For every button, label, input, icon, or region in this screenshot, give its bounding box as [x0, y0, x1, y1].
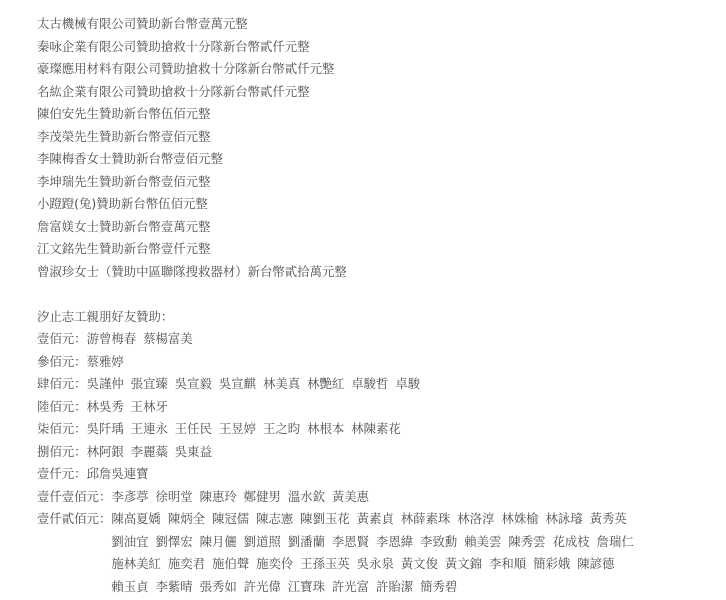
donor-name-line: 林阿銀 李麗蘂 吳東益 — [87, 441, 212, 464]
amount-label: 參佰元： — [37, 351, 87, 374]
sponsor-line: 陳伯安先生贊助新台幣伍佰元整 — [37, 103, 708, 126]
donor-name-line: 邱詹吳連寶 — [87, 463, 149, 486]
donor-name-line: 陳高夏嬌 陳炳全 陳冠儒 陳志憲 陳劉玉花 黃素貞 林薛素珠 林洛淳 林姝榆 林… — [111, 508, 633, 531]
donor-names: 吳阡瑀 王連永 王任民 王昱婷 王之昀 林根本 林陳素花 — [87, 418, 401, 441]
sponsor-line: 小蹬蹬(兔)贊助新台幣伍佰元整 — [37, 193, 708, 216]
donation-entry: 參佰元：蔡雅婷 — [37, 351, 708, 374]
donor-names: 游曾梅春 蔡楊富美 — [87, 328, 193, 351]
donor-names: 吳謹仲 張宜臻 吳宣毅 吳宣麒 林美真 林艷紅 卓駿哲 卓駿 — [87, 373, 421, 396]
amount-label: 壹佰元： — [37, 328, 87, 351]
donor-name-line: 游曾梅春 蔡楊富美 — [87, 328, 193, 351]
donor-names: 蔡雅婷 — [87, 351, 124, 374]
donation-entry: 柒佰元：吳阡瑀 王連永 王任民 王昱婷 王之昀 林根本 林陳素花 — [37, 418, 708, 441]
donation-entry: 壹仟貳佰元：陳高夏嬌 陳炳全 陳冠儒 陳志憲 陳劉玉花 黃素貞 林薛素珠 林洛淳… — [37, 508, 708, 598]
donor-name-line: 劉油宜 劉懌宏 陳月儷 劉道照 劉潘蘭 李恩賢 李恩緯 李致勳 賴美雲 陳秀雲 … — [111, 531, 633, 554]
sponsor-line: 秦咏企業有限公司贊助搶救十分隊新台幣貳仟元整 — [37, 36, 708, 59]
sponsor-line: 李坤瑞先生贊助新台幣壹佰元整 — [37, 171, 708, 194]
donor-name-line: 李彥葶 徐明堂 陳惠玲 鄭健男 溫水欽 黃美惠 — [111, 486, 369, 509]
sponsor-line: 李茂榮先生贊助新台幣壹佰元整 — [37, 126, 708, 149]
amount-label: 壹仟貳佰元： — [37, 508, 111, 531]
donation-acknowledgment-document: 太古機械有限公司贊助新台幣壹萬元整秦咏企業有限公司贊助搶救十分隊新台幣貳仟元整豪… — [0, 0, 726, 600]
donation-entry: 壹佰元：游曾梅春 蔡楊富美 — [37, 328, 708, 351]
donation-entry: 肆佰元：吳謹仲 張宜臻 吳宣毅 吳宣麒 林美真 林艷紅 卓駿哲 卓駿 — [37, 373, 708, 396]
amount-label: 肆佰元： — [37, 373, 87, 396]
sponsor-line: 太古機械有限公司贊助新台幣壹萬元整 — [37, 13, 708, 36]
donor-names: 林吳秀 王林牙 — [87, 396, 168, 419]
sponsor-line: 江文銘先生贊助新台幣壹仟元整 — [37, 238, 708, 261]
volunteer-section-heading: 汐止志工親朋好友贊助： — [37, 306, 708, 329]
sponsor-list: 太古機械有限公司贊助新台幣壹萬元整秦咏企業有限公司贊助搶救十分隊新台幣貳仟元整豪… — [37, 13, 708, 283]
donation-entry: 捌佰元：林阿銀 李麗蘂 吳東益 — [37, 441, 708, 464]
donor-name-line: 林吳秀 王林牙 — [87, 396, 168, 419]
donation-entry: 壹仟壹佰元：李彥葶 徐明堂 陳惠玲 鄭健男 溫水欽 黃美惠 — [37, 486, 708, 509]
sponsor-line: 曾淑珍女士（贊助中區聯隊搜救器材）新台幣貳拾萬元整 — [37, 261, 708, 284]
donor-name-line: 蔡雅婷 — [87, 351, 124, 374]
sponsor-line: 詹富媄女士贊助新台幣壹萬元整 — [37, 216, 708, 239]
sponsor-line: 李陳梅香女士贊助新台幣壹佰元整 — [37, 148, 708, 171]
amount-label: 柒佰元： — [37, 418, 87, 441]
donor-name-line: 吳阡瑀 王連永 王任民 王昱婷 王之昀 林根本 林陳素花 — [87, 418, 401, 441]
amount-label: 壹仟壹佰元： — [37, 486, 111, 509]
donation-entry-list: 壹佰元：游曾梅春 蔡楊富美參佰元：蔡雅婷肆佰元：吳謹仲 張宜臻 吳宣毅 吳宣麒 … — [37, 328, 708, 598]
donor-name-line: 施林美紅 施奕君 施伯聲 施奕伶 王孫玉英 吳永泉 黃文俊 黃文錦 李和順 簡彩… — [111, 553, 633, 576]
donation-entry: 陸佰元：林吳秀 王林牙 — [37, 396, 708, 419]
sponsor-line: 名紘企業有限公司贊助搶救十分隊新台幣貳仟元整 — [37, 81, 708, 104]
donor-name-line: 賴玉貞 李紫晴 張秀如 許光偉 江寶珠 許光富 許貽潔 簡秀碧 — [111, 576, 633, 599]
sponsor-line: 豪璨應用材料有限公司贊助搶救十分隊新台幣貳仟元整 — [37, 58, 708, 81]
donor-names: 李彥葶 徐明堂 陳惠玲 鄭健男 溫水欽 黃美惠 — [111, 486, 369, 509]
amount-label: 壹仟元： — [37, 463, 87, 486]
donor-names: 邱詹吳連寶 — [87, 463, 149, 486]
donor-names: 林阿銀 李麗蘂 吳東益 — [87, 441, 212, 464]
amount-label: 陸佰元： — [37, 396, 87, 419]
amount-label: 捌佰元： — [37, 441, 87, 464]
donor-names: 陳高夏嬌 陳炳全 陳冠儒 陳志憲 陳劉玉花 黃素貞 林薛素珠 林洛淳 林姝榆 林… — [111, 508, 633, 598]
donor-name-line: 吳謹仲 張宜臻 吳宣毅 吳宣麒 林美真 林艷紅 卓駿哲 卓駿 — [87, 373, 421, 396]
donation-entry: 壹仟元：邱詹吳連寶 — [37, 463, 708, 486]
